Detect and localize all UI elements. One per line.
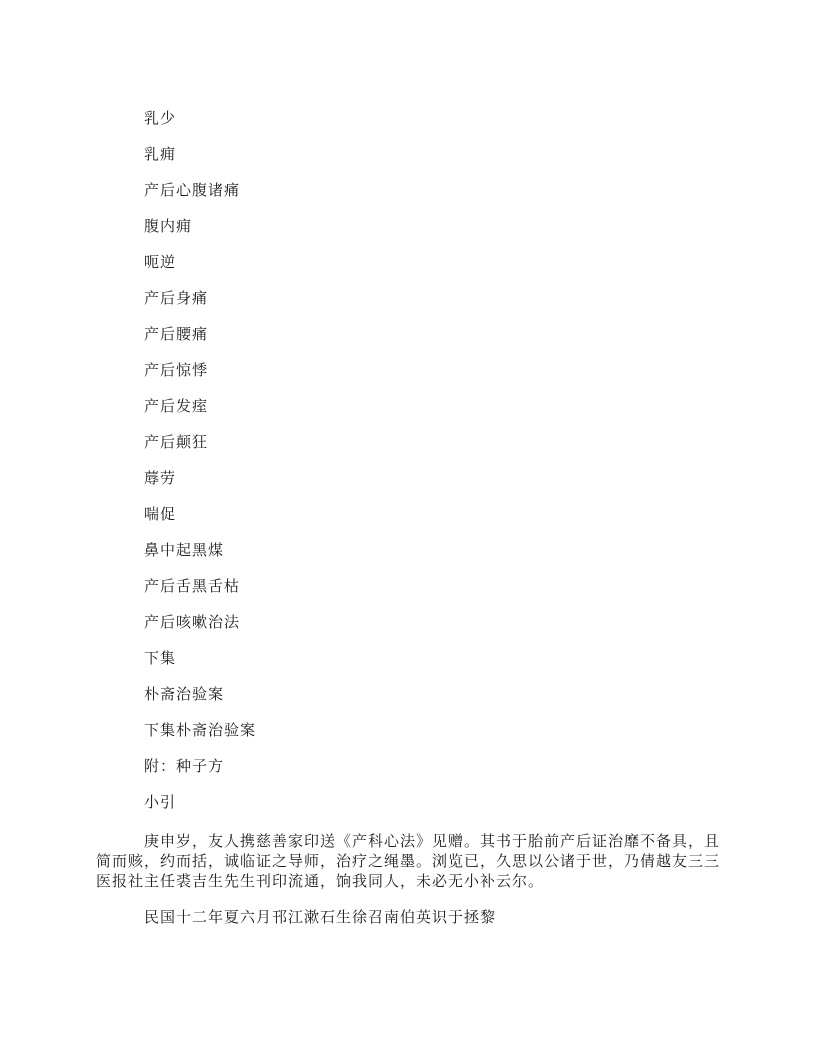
toc-item: 产后身痛	[144, 292, 720, 307]
toc-item: 乳少	[144, 112, 720, 127]
toc-item: 产后发痓	[144, 400, 720, 415]
toc-item: 呃逆	[144, 256, 720, 271]
toc-item: 产后腰痛	[144, 328, 720, 343]
toc-item: 产后心腹诸痛	[144, 184, 720, 199]
toc-item: 下集	[144, 652, 720, 667]
toc-item: 产后惊悸	[144, 364, 720, 379]
document-page: 乳少 乳痈 产后心腹诸痛 腹内痈 呃逆 产后身痛 产后腰痛 产后惊悸 产后发痓 …	[0, 0, 816, 1056]
toc-item: 产后颠狂	[144, 436, 720, 451]
signature-line: 民国十二年夏六月邗江漱石生徐召南伯英识于拯黎	[96, 908, 720, 928]
toc-item: 蓐劳	[144, 472, 720, 487]
toc-item: 鼻中起黑煤	[144, 544, 720, 559]
toc-item: 产后咳嗽治法	[144, 616, 720, 631]
toc-item: 产后舌黑舌枯	[144, 580, 720, 595]
toc-item: 附：种子方	[144, 760, 720, 775]
toc-item: 小引	[144, 796, 720, 811]
toc-item: 腹内痈	[144, 220, 720, 235]
table-of-contents: 乳少 乳痈 产后心腹诸痛 腹内痈 呃逆 产后身痛 产后腰痛 产后惊悸 产后发痓 …	[96, 112, 720, 811]
toc-item: 喘促	[144, 508, 720, 523]
preface-paragraph: 庚申岁，友人携慈善家印送《产科心法》见赠。其书于胎前产后证治靡不备具，且简而赅，…	[96, 832, 720, 892]
toc-item: 下集朴斋治验案	[144, 724, 720, 739]
toc-item: 朴斋治验案	[144, 688, 720, 703]
toc-item: 乳痈	[144, 148, 720, 163]
